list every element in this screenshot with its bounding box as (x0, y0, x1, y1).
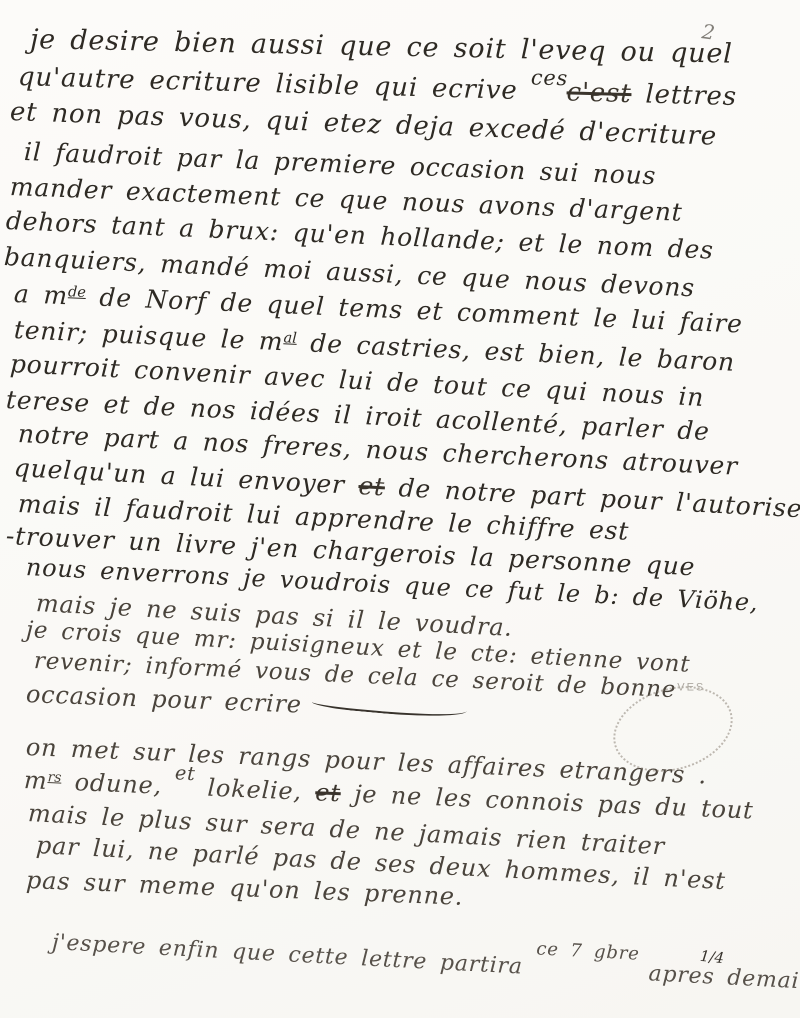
letter-page: je desire bien aussi que ce soit l'eveq … (0, 0, 800, 1018)
line-text: apres demain, elle devoit (648, 961, 800, 1003)
letter-line: j'espere enfin que cette lettre partira … (51, 930, 800, 1003)
superscript-abbreviation: rs (47, 769, 61, 786)
page-fraction-mark: 1/4 (699, 947, 725, 967)
underline-flourish (312, 693, 468, 721)
line-text: j'espere enfin que cette lettre partira (51, 930, 536, 980)
line-text: lettres (631, 79, 737, 112)
line-text: a m (13, 279, 68, 310)
strikethrough-text: et (315, 778, 342, 807)
line-text: occasion pour ecrire (25, 680, 302, 719)
superscript-abbreviation: al (283, 330, 297, 347)
stamp-text: VES (677, 681, 705, 693)
line-text: lokelie, (194, 773, 316, 806)
line-text: tenir; puisque le m (13, 315, 284, 356)
letter-line: je desire bien aussi que ce soit l'eveq … (30, 24, 733, 70)
inserted-word: et (175, 761, 197, 785)
strikethrough-text: c'est (566, 77, 632, 109)
strikethrough-text: et (358, 471, 386, 501)
date-note: ce 7 gbre (536, 938, 640, 964)
line-text: m (23, 766, 48, 795)
line-text: odune, (61, 768, 176, 801)
inserted-word: ces (531, 65, 569, 90)
superscript-abbreviation: de (68, 284, 87, 301)
